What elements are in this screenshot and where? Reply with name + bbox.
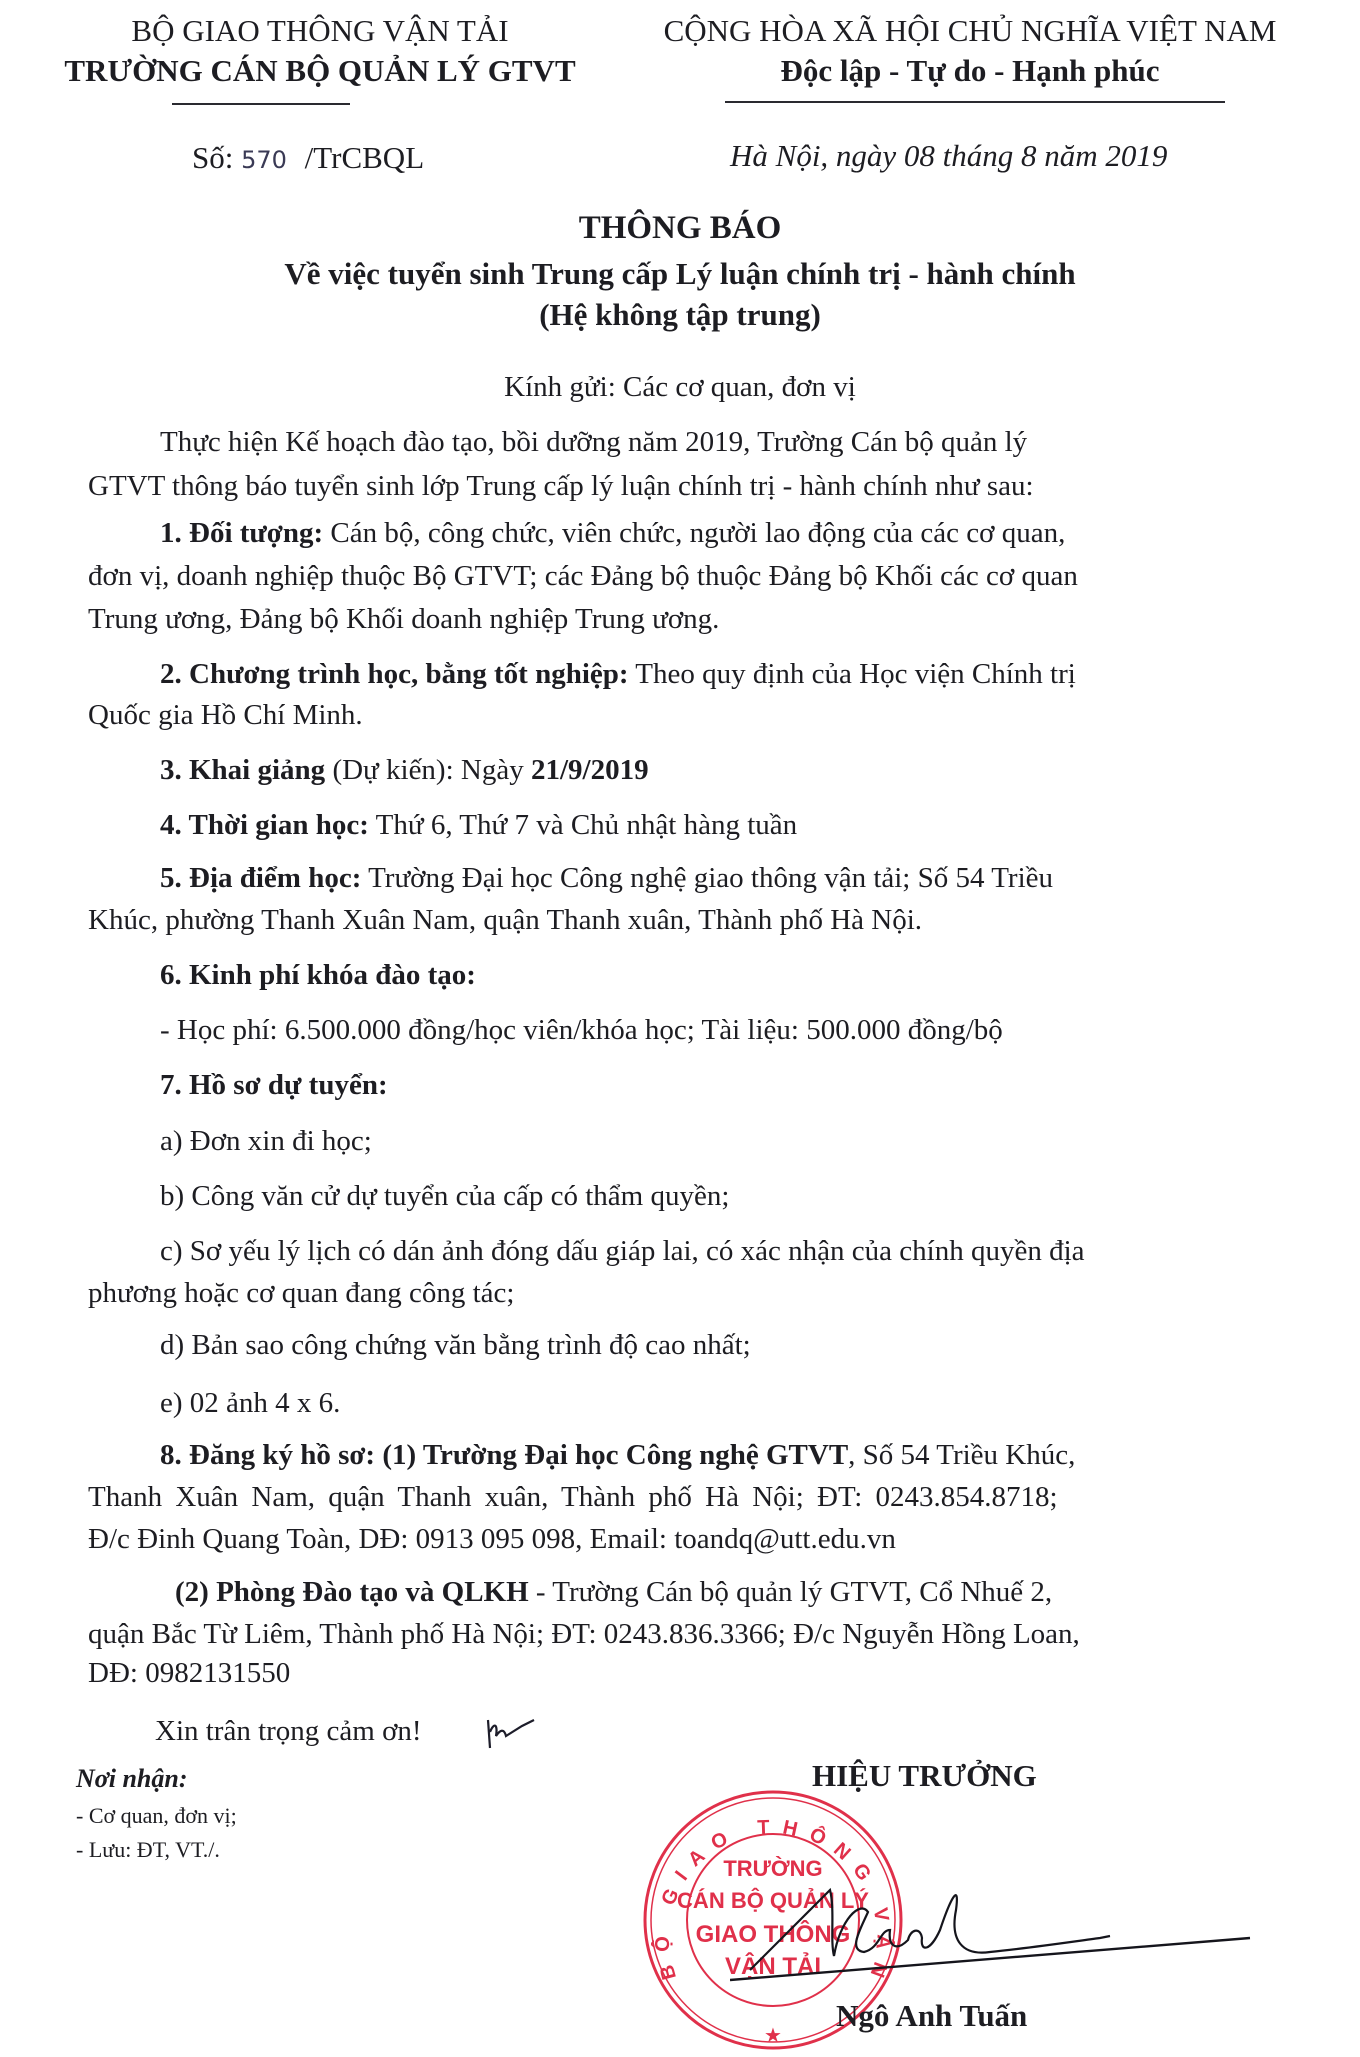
notice-title: THÔNG BÁO bbox=[0, 210, 1360, 247]
section-8-label: 8. Đăng ký hồ sơ: (1) Trường Đại học Côn… bbox=[160, 1439, 848, 1471]
notice-subject: Về việc tuyển sinh Trung cấp Lý luận chí… bbox=[0, 256, 1360, 292]
section-4-label: 4. Thời gian học: bbox=[160, 809, 369, 841]
section-2-text: Theo quy định của Học viện Chính trị bbox=[629, 658, 1076, 690]
intro-line-1: Thực hiện Kế hoạch đào tạo, bồi dưỡng nă… bbox=[160, 425, 1027, 459]
recipients-label: Nơi nhận: bbox=[76, 1764, 188, 1794]
section-5-label: 5. Địa điểm học: bbox=[160, 862, 361, 894]
section-3-label: 3. Khai giảng bbox=[160, 754, 325, 786]
section-3: 3. Khai giảng (Dự kiến): Ngày 21/9/2019 bbox=[160, 753, 649, 787]
recipient-line: Kính gửi: Các cơ quan, đơn vị bbox=[0, 370, 1360, 404]
school-underline bbox=[172, 103, 350, 105]
section-1-line-3: Trung ương, Đảng bộ Khối doanh nghiệp Tr… bbox=[88, 602, 719, 636]
motto-underline bbox=[725, 101, 1225, 103]
section-5-text: Trường Đại học Công nghệ giao thông vận … bbox=[361, 862, 1053, 894]
svg-text:★: ★ bbox=[764, 2025, 782, 2047]
section-8-part-2-line-1: (2) Phòng Đào tạo và QLKH - Trường Cán b… bbox=[175, 1575, 1052, 1609]
section-4-text: Thứ 6, Thứ 7 và Chủ nhật hàng tuần bbox=[369, 809, 797, 841]
document-item-b: b) Công văn cử dự tuyển của cấp có thẩm … bbox=[160, 1179, 729, 1213]
section-6-label: 6. Kinh phí khóa đào tạo: bbox=[160, 958, 476, 992]
section-1-line-2: đơn vị, doanh nghiệp thuộc Bộ GTVT; các … bbox=[88, 559, 1078, 593]
section-8-text: , Số 54 Triều Khúc, bbox=[848, 1439, 1075, 1471]
section-1-line-1: 1. Đối tượng: Cán bộ, công chức, viên ch… bbox=[160, 516, 1065, 550]
signer-name: Ngô Anh Tuấn bbox=[836, 1998, 1027, 2034]
section-5-line-1: 5. Địa điểm học: Trường Đại học Công ngh… bbox=[160, 861, 1053, 895]
republic-name: CỘNG HÒA XÃ HỘI CHỦ NGHĨA VIỆT NAM bbox=[610, 12, 1330, 50]
section-7-label: 7. Hồ sơ dự tuyển: bbox=[160, 1068, 388, 1102]
document-item-a: a) Đơn xin đi học; bbox=[160, 1124, 372, 1158]
section-2-line-1: 2. Chương trình học, bằng tốt nghiệp: Th… bbox=[160, 657, 1076, 691]
section-8-line-2: Thanh Xuân Nam, quận Thanh xuân, Thành p… bbox=[88, 1480, 1058, 1514]
section-1-text: Cán bộ, công chức, viên chức, người lao … bbox=[323, 517, 1065, 549]
school-name: TRƯỜNG CÁN BỘ QUẢN LÝ GTVT bbox=[30, 52, 610, 90]
closing-line: Xin trân trọng cảm ơn! bbox=[155, 1714, 422, 1748]
section-1-label: 1. Đối tượng: bbox=[160, 517, 323, 549]
section-8-part-2-line-3: DĐ: 0982131550 bbox=[88, 1656, 290, 1690]
opening-date: 21/9/2019 bbox=[531, 754, 649, 786]
document-item-c-cont: phương hoặc cơ quan đang công tác; bbox=[88, 1276, 514, 1310]
place-date: Hà Nội, ngày 08 tháng 8 năm 2019 bbox=[730, 138, 1167, 174]
ministry-name: BỘ GIAO THÔNG VẬN TẢI bbox=[40, 12, 600, 50]
section-3-text: (Dự kiến): Ngày bbox=[325, 754, 531, 786]
document-number: Số: 570 /TrCBQL bbox=[192, 140, 424, 176]
doc-number-prefix: Số: bbox=[192, 140, 233, 175]
national-motto: Độc lập - Tự do - Hạnh phúc bbox=[610, 52, 1330, 90]
section-8-line-3: Đ/c Đinh Quang Toàn, DĐ: 0913 095 098, E… bbox=[88, 1522, 896, 1556]
document-item-e: e) 02 ảnh 4 x 6. bbox=[160, 1386, 340, 1420]
recipient-item-1: - Cơ quan, đơn vị; bbox=[76, 1803, 237, 1829]
section-2-label: 2. Chương trình học, bằng tốt nghiệp: bbox=[160, 658, 629, 690]
signature bbox=[730, 1860, 1290, 1990]
intro-line-2: GTVT thông báo tuyển sinh lớp Trung cấp … bbox=[88, 469, 1034, 503]
document-item-d: d) Bản sao công chứng văn bằng trình độ … bbox=[160, 1328, 751, 1362]
section-5-line-2: Khúc, phường Thanh Xuân Nam, quận Thanh … bbox=[88, 903, 922, 937]
recipient-item-2: - Lưu: ĐT, VT./. bbox=[76, 1837, 220, 1863]
section-8-line-1: 8. Đăng ký hồ sơ: (1) Trường Đại học Côn… bbox=[160, 1438, 1075, 1472]
study-mode: (Hệ không tập trung) bbox=[0, 297, 1360, 333]
doc-number-suffix: /TrCBQL bbox=[305, 140, 424, 175]
doc-number-handwritten: 570 bbox=[241, 146, 287, 174]
section-4: 4. Thời gian học: Thứ 6, Thứ 7 và Chủ nh… bbox=[160, 808, 797, 842]
section-8-part-2-text: - Trường Cán bộ quản lý GTVT, Cổ Nhuế 2, bbox=[529, 1576, 1053, 1608]
section-8-part-2-label: (2) Phòng Đào tạo và QLKH bbox=[175, 1576, 529, 1608]
section-2-line-2: Quốc gia Hồ Chí Minh. bbox=[88, 698, 363, 732]
fee-line: - Học phí: 6.500.000 đồng/học viên/khóa … bbox=[160, 1013, 1003, 1047]
initials-mark bbox=[482, 1714, 542, 1754]
section-8-part-2-line-2: quận Bắc Từ Liêm, Thành phố Hà Nội; ĐT: … bbox=[88, 1617, 1080, 1651]
document-item-c: c) Sơ yếu lý lịch có dán ảnh đóng dấu gi… bbox=[160, 1234, 1085, 1268]
